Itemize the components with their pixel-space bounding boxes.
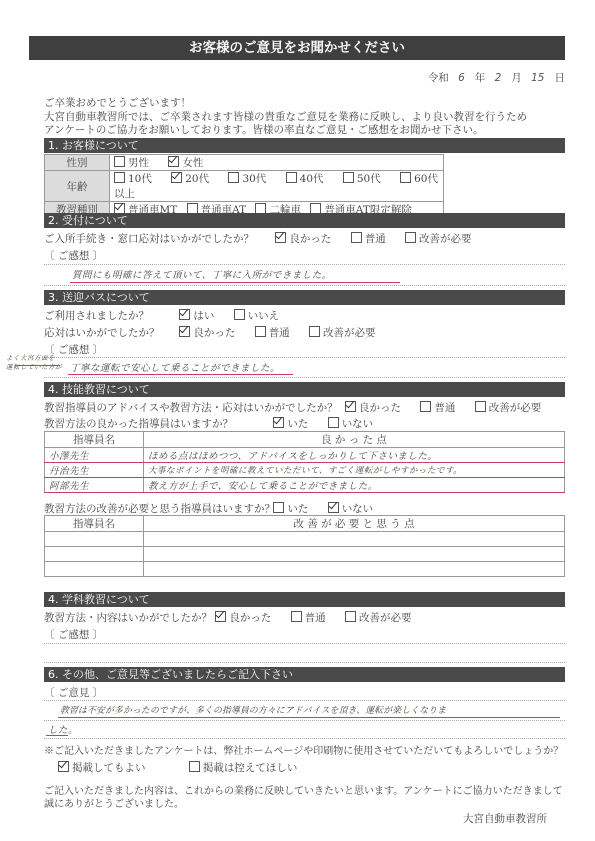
checkbox-icon[interactable] <box>291 611 302 622</box>
intro-text: ご卒業おめでとうございます！ 大宮自動車教習所では、ご卒業されます皆様の貴重なご… <box>44 97 527 138</box>
instructor-name[interactable]: 阿部先生 <box>45 478 144 493</box>
header-instructor-name: 指導員名 <box>45 516 144 532</box>
table-row <box>45 562 565 577</box>
practical-advice-question: 教習指導員のアドバイスや教習方法・応対はいかがでしたか？ <box>44 402 338 414</box>
checkbox-good-instructor-no[interactable]: いない <box>328 418 374 430</box>
bus-service-row: 応対はいかがでしたか？ 良かった 普通 改善が必要 <box>44 325 392 340</box>
checkbox-30s[interactable]: 30代 <box>228 173 266 185</box>
signature: 大宮自動車教習所 <box>463 813 547 826</box>
section-heading-other: 6. その他、ご意見等ございましたらご記入下さい <box>44 667 565 682</box>
bus-use-row: ご利用されましたか？ はい いいえ <box>44 308 295 323</box>
date-day-unit: 日 <box>555 72 566 84</box>
checkbox-bus-improve[interactable]: 改善が必要 <box>309 327 376 339</box>
table-header-row: 指導員名 改 善 が 必 要 と 思 う 点 <box>45 516 565 532</box>
date-field: 令和 6年 2月 15日 <box>424 70 565 85</box>
checkbox-icon[interactable] <box>114 172 125 183</box>
checkbox-40s[interactable]: 40代 <box>286 173 324 185</box>
checkbox-10s[interactable]: 10代 <box>114 173 152 185</box>
section-heading-academic: 4. 学科教習について <box>44 592 565 607</box>
label-age: 年齢 <box>45 171 110 202</box>
practical-advice-row: 教習指導員のアドバイスや教習方法・応対はいかがでしたか？ 良かった 普通 改善が… <box>44 400 557 415</box>
checkbox-icon[interactable] <box>228 172 239 183</box>
checkbox-20s[interactable]: 20代 <box>171 173 209 185</box>
checkbox-academic-improve[interactable]: 改善が必要 <box>345 612 412 624</box>
checkbox-good-instructor-yes[interactable]: いた <box>273 418 308 430</box>
good-instructor-table: 指導員名 良 か っ た 点 小澤先生 ほめる点はほめつつ、アドバイスをしっかり… <box>44 431 565 493</box>
section-heading-reception: 2. 受付について <box>44 213 565 228</box>
date-era: 令和 <box>428 72 449 84</box>
checkbox-icon[interactable] <box>345 611 356 622</box>
checkbox-icon[interactable] <box>189 761 200 772</box>
academic-question: 教習方法・内容はいかがでしたか？ <box>44 610 212 625</box>
academic-question-row: 教習方法・内容はいかがでしたか？ 良かった 普通 改善が必要 <box>44 610 428 625</box>
checkbox-checked-icon[interactable] <box>328 502 339 513</box>
gender-options: 男性 女性 <box>110 155 444 171</box>
checkbox-icon[interactable] <box>405 232 416 243</box>
opinion-label: 〔 ご意見 〕 <box>44 685 103 700</box>
table-row: 丹治先生 大事なポイントを明確に教えていただいて、すごく運転がしやすかったです。 <box>45 463 565 478</box>
closing-text: ご記入いただきました内容は、これからの業務に反映していきたいと思います。アンケー… <box>44 785 563 811</box>
checkbox-checked-icon[interactable] <box>179 309 190 320</box>
reception-question: ご入所手続き・窓口応対はいかがでしたか？ <box>44 233 254 245</box>
header-good-points: 良 か っ た 点 <box>144 432 565 448</box>
checkbox-icon[interactable] <box>351 232 362 243</box>
divider <box>44 264 565 265</box>
checkbox-reception-improve[interactable]: 改善が必要 <box>405 233 472 245</box>
checkbox-icon[interactable] <box>255 326 266 337</box>
red-underline <box>70 282 400 283</box>
bus-margin-note: よく大宮方面を 運転していた方が <box>6 354 62 372</box>
customer-info-table: 性別 男性 女性 年齢 10代 20代 30代 40代 50代 60代以上 教習… <box>44 154 444 218</box>
page-title: お客様のご意見をお聞かせください <box>29 36 565 60</box>
intro-line: ご卒業おめでとうございます！ <box>44 97 527 111</box>
good-point[interactable]: 教え方が上手で、安心して乗ることができました。 <box>144 478 565 493</box>
divider <box>44 738 565 739</box>
table-row: 阿部先生 教え方が上手で、安心して乗ることができました。 <box>45 478 565 493</box>
good-instructor-question: 教習方法の良かった指導員はいますか？ <box>44 416 270 431</box>
reception-impressions-text[interactable]: 質問にも明確に答えて頂いて、丁寧に入所ができました。 <box>72 267 332 281</box>
improve-instructor-table: 指導員名 改 善 が 必 要 と 思 う 点 <box>44 515 565 577</box>
header-improve-points: 改 善 が 必 要 と 思 う 点 <box>144 516 565 532</box>
date-year-value[interactable]: 6 <box>458 72 465 84</box>
date-year-unit: 年 <box>475 72 486 84</box>
checkbox-icon[interactable] <box>234 309 245 320</box>
table-row <box>45 532 565 547</box>
checkbox-reception-good[interactable]: 良かった <box>275 233 331 245</box>
reception-question-row: ご入所手続き・窓口応対はいかがでしたか？ 良かった 普通 改善が必要 <box>44 231 488 246</box>
checkbox-checked-icon[interactable] <box>58 761 69 772</box>
checkbox-icon[interactable] <box>309 326 320 337</box>
good-point[interactable]: 大事なポイントを明確に教えていただいて、すごく運転がしやすかったです。 <box>144 463 565 478</box>
checkbox-female[interactable]: 女性 <box>168 157 203 169</box>
instructor-name[interactable]: 小澤先生 <box>45 448 144 463</box>
divider <box>44 643 565 644</box>
table-row: 小澤先生 ほめる点はほめつつ、アドバイスをしっかりして下さいました。 <box>45 448 565 463</box>
checkbox-icon[interactable] <box>114 156 125 167</box>
checkbox-bus-good[interactable]: 良かった <box>179 327 235 339</box>
divider <box>44 700 565 701</box>
red-underline <box>58 717 560 718</box>
improve-point[interactable] <box>144 547 565 562</box>
red-underline <box>15 365 60 366</box>
table-header-row: 指導員名 良 か っ た 点 <box>45 432 565 448</box>
checkbox-practical-improve[interactable]: 改善が必要 <box>475 402 542 414</box>
divider <box>44 662 565 663</box>
checkbox-male[interactable]: 男性 <box>114 157 149 169</box>
date-month-unit: 月 <box>511 72 522 84</box>
checkbox-checked-icon[interactable] <box>275 232 286 243</box>
intro-line: 大宮自動車教習所では、ご卒業されます皆様の貴重なご意見を業務に反映し、より良い教… <box>44 111 527 125</box>
bus-service-question: 応対はいかがでしたか？ <box>44 325 176 340</box>
divider <box>44 720 565 721</box>
opinion-text-line2[interactable]: した。 <box>48 722 78 736</box>
instructor-name[interactable] <box>45 547 144 562</box>
section-heading-practical: 4. 技能教習について <box>44 382 565 397</box>
bus-use-question: ご利用されましたか？ <box>44 308 176 323</box>
checkbox-50s[interactable]: 50代 <box>343 173 381 185</box>
checkbox-checked-icon[interactable] <box>273 417 284 428</box>
good-point[interactable]: ほめる点はほめつつ、アドバイスをしっかりして下さいました。 <box>144 448 565 463</box>
checkbox-checked-icon[interactable] <box>345 401 356 412</box>
red-underline <box>46 735 68 736</box>
improve-instructor-question: 教習方法の改善が必要と思う指導員はいますか？ <box>44 501 270 516</box>
checkbox-icon[interactable] <box>475 401 486 412</box>
reception-impressions-label: 〔 ご感想 〕 <box>44 248 103 263</box>
instructor-name[interactable]: 丹治先生 <box>45 463 144 478</box>
divider <box>44 377 565 378</box>
section-heading-customer: 1. お客様について <box>44 138 565 153</box>
divider <box>44 285 565 286</box>
academic-impressions-label: 〔 ご感想 〕 <box>44 627 103 642</box>
checkbox-checked-icon[interactable] <box>171 172 182 183</box>
date-month-value[interactable]: 2 <box>495 72 502 84</box>
checkbox-checked-icon[interactable] <box>179 326 190 337</box>
bus-impressions-text[interactable]: 丁寧な運転で安心して乗ることができました。 <box>70 360 280 374</box>
checkbox-bus-no[interactable]: いいえ <box>234 310 280 322</box>
checkbox-academic-good[interactable]: 良かった <box>215 612 271 624</box>
consent-question: ※ご記入いただきましたアンケートは、弊社ホームページや印刷物に使用させていただい… <box>44 745 563 758</box>
divider <box>44 357 565 358</box>
table-row-age: 年齢 10代 20代 30代 40代 50代 60代以上 <box>45 171 444 202</box>
checkbox-checked-icon[interactable] <box>215 611 226 622</box>
intro-line: アンケートのご協力をお願いしております。皆様の率直なご意見・ご感想をお聞かせ下さ… <box>44 124 527 138</box>
checkbox-improve-instructor-no[interactable]: いない <box>328 503 374 515</box>
date-day-value[interactable]: 15 <box>531 72 544 84</box>
instructor-name[interactable] <box>45 562 144 577</box>
checkbox-bus-yes[interactable]: はい <box>179 310 214 322</box>
checkbox-consent-no[interactable]: 掲載は控えてほしい <box>189 762 298 774</box>
checkbox-icon[interactable] <box>400 172 411 183</box>
header-instructor-name: 指導員名 <box>45 432 144 448</box>
age-options: 10代 20代 30代 40代 50代 60代以上 <box>110 171 444 202</box>
consent-options: 掲載してもよい 掲載は控えてほしい <box>58 760 313 775</box>
good-instructor-row: 教習方法の良かった指導員はいますか？ いた いない <box>44 416 389 431</box>
label-gender: 性別 <box>45 155 110 171</box>
checkbox-practical-good[interactable]: 良かった <box>345 402 401 414</box>
checkbox-practical-normal[interactable]: 普通 <box>420 402 455 414</box>
checkbox-icon[interactable] <box>328 417 339 428</box>
checkbox-icon[interactable] <box>420 401 431 412</box>
table-row-gender: 性別 男性 女性 <box>45 155 444 171</box>
checkbox-reception-normal[interactable]: 普通 <box>351 233 386 245</box>
opinion-text-line1[interactable]: 教習は不安が多かったのですが、多くの指導員の方々にアドバイスを頂き、運転が楽しく… <box>60 703 446 716</box>
instructor-name[interactable] <box>45 532 144 547</box>
red-underline <box>68 374 293 375</box>
section-heading-bus: 3. 送迎バスについて <box>44 290 565 305</box>
improve-point[interactable] <box>144 532 565 547</box>
checkbox-icon[interactable] <box>343 172 354 183</box>
checkbox-icon[interactable] <box>273 502 284 513</box>
improve-instructor-row: 教習方法の改善が必要と思う指導員はいますか？ いた いない <box>44 501 389 516</box>
table-row <box>45 547 565 562</box>
checkbox-bus-normal[interactable]: 普通 <box>255 327 290 339</box>
checkbox-checked-icon[interactable] <box>168 156 179 167</box>
checkbox-consent-yes[interactable]: 掲載してもよい <box>58 762 146 774</box>
checkbox-academic-normal[interactable]: 普通 <box>291 612 326 624</box>
checkbox-60s-plus[interactable]: 60代以上 <box>114 173 438 200</box>
improve-point[interactable] <box>144 562 565 577</box>
checkbox-improve-instructor-yes[interactable]: いた <box>273 503 308 515</box>
checkbox-icon[interactable] <box>286 172 297 183</box>
